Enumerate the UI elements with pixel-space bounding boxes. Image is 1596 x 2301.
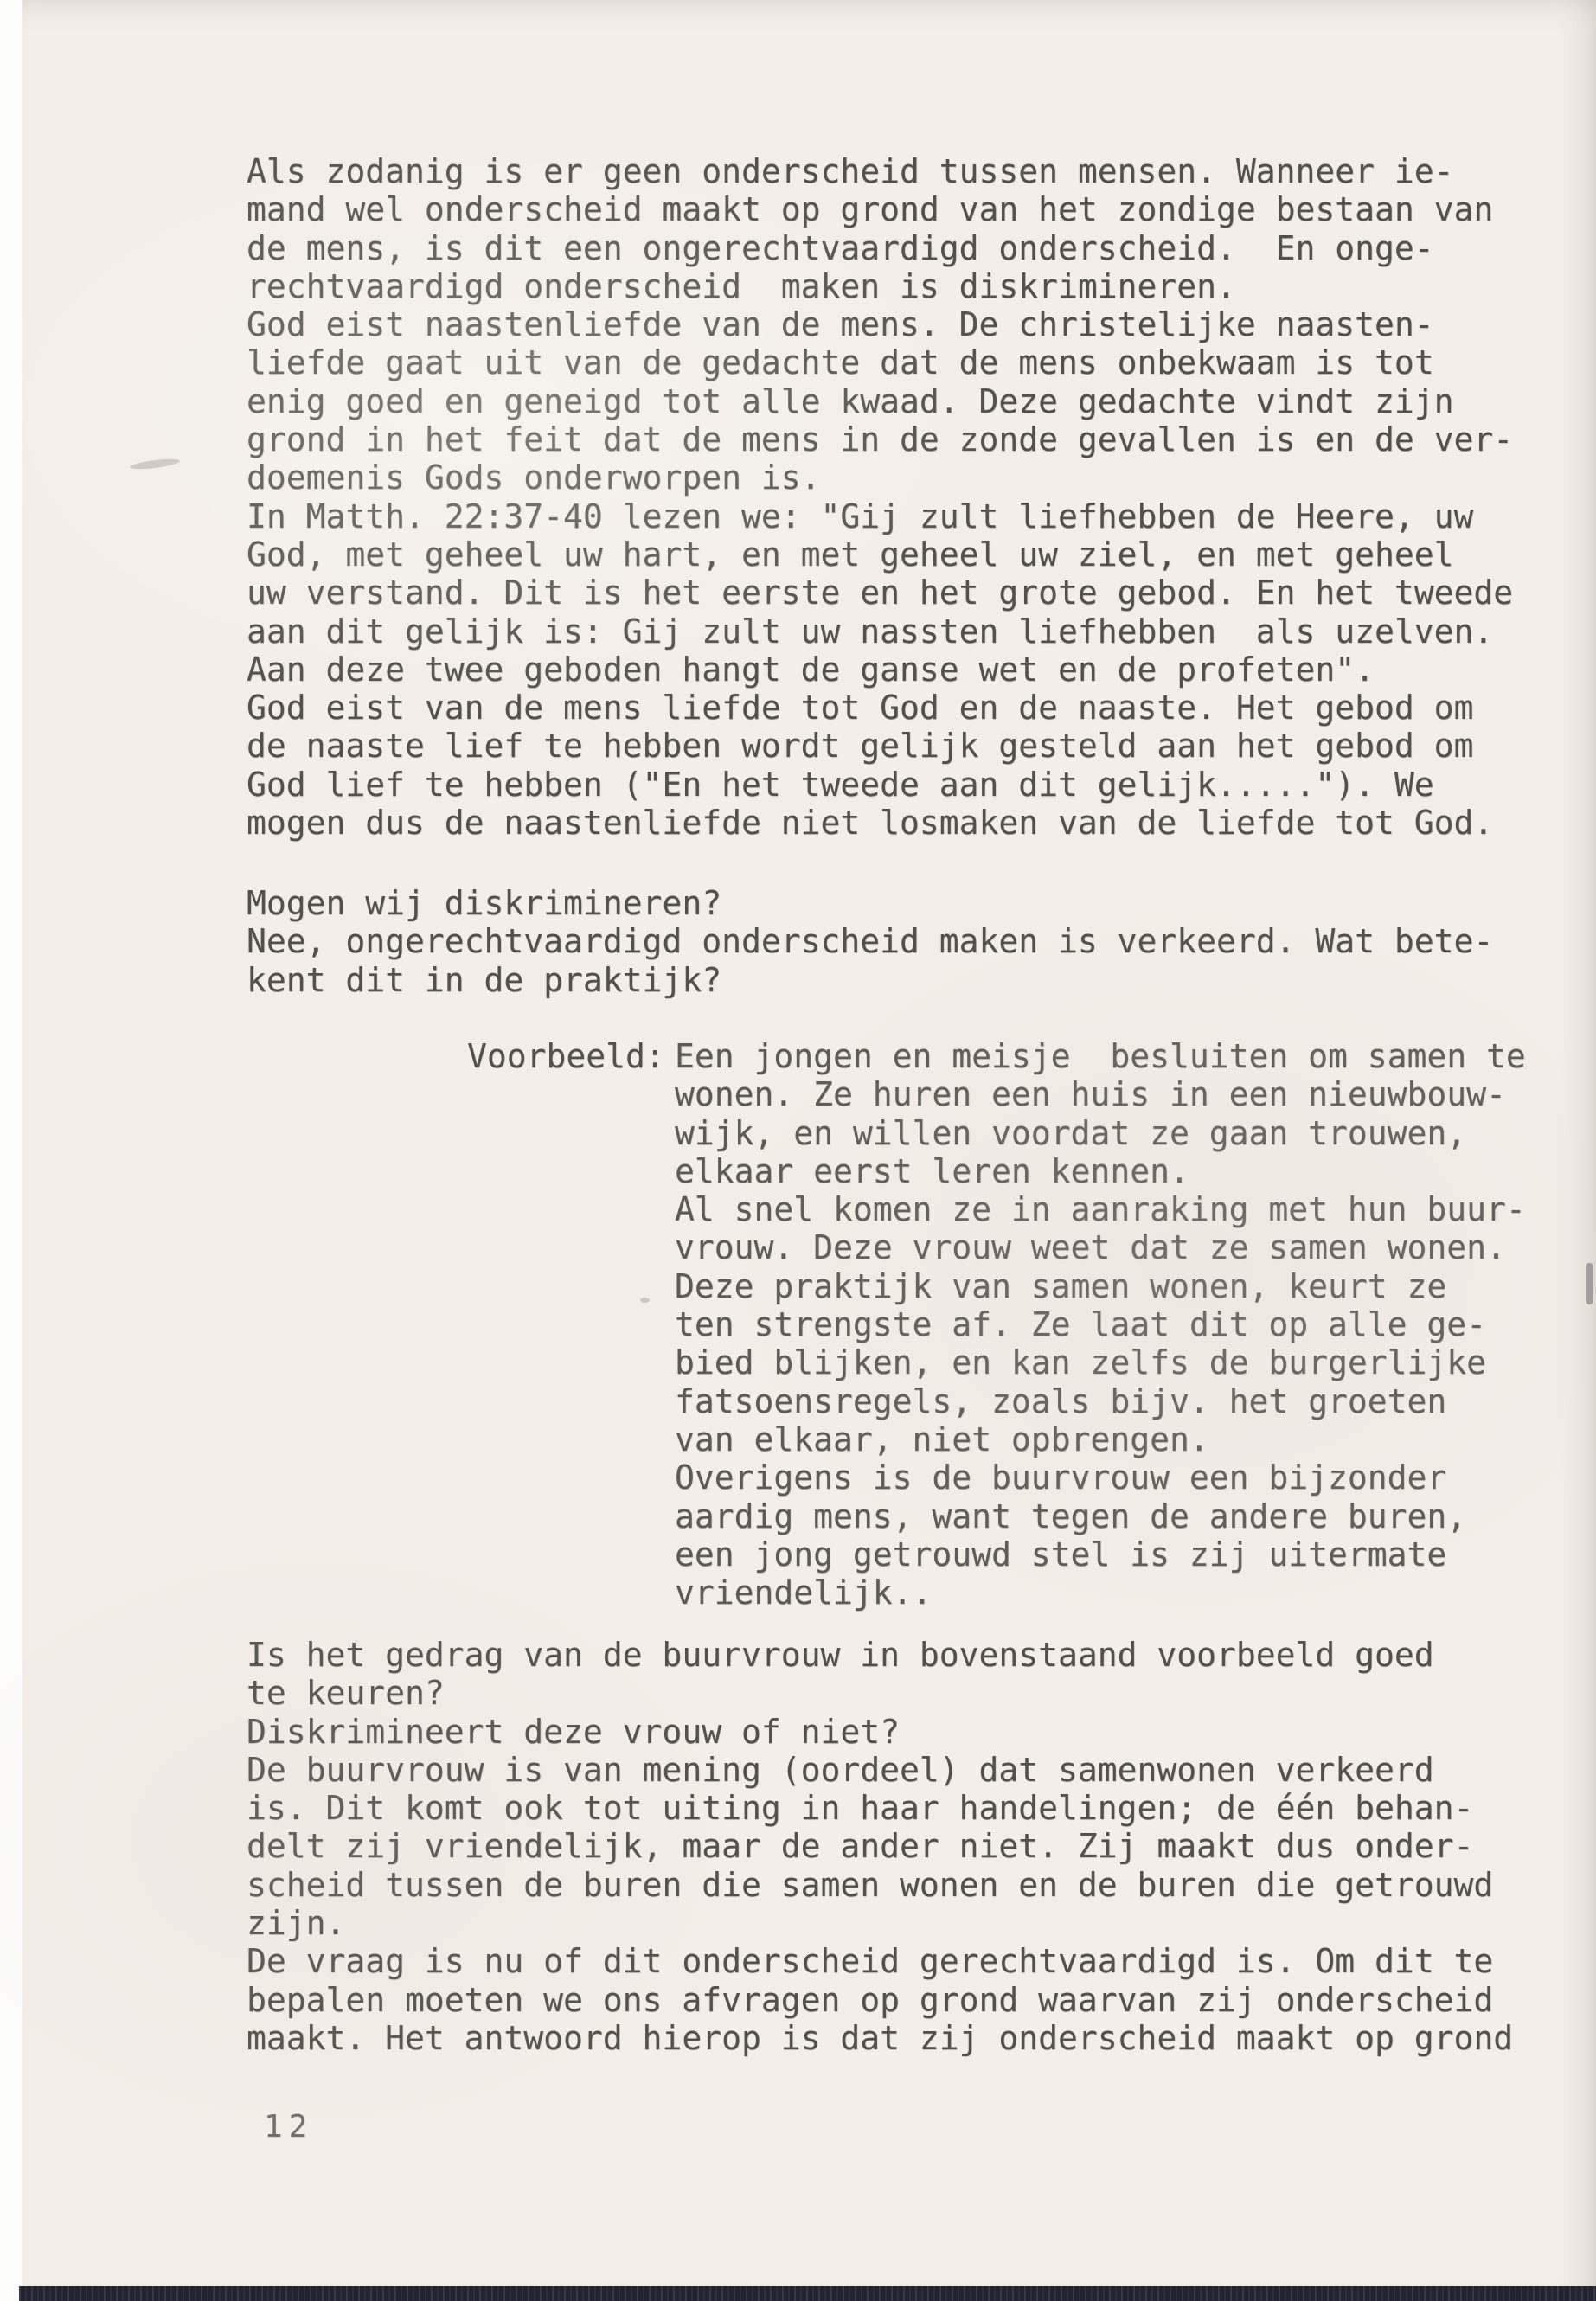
text-line: ten strengste af. Ze laat dit op alle ge… <box>675 1305 1526 1343</box>
text-line: maakt. Het antwoord hierop is dat zij on… <box>247 2019 1513 2057</box>
text-line: van elkaar, niet opbrengen. <box>675 1420 1526 1458</box>
text-line: Is het gedrag van de buurvrouw in bovens… <box>247 1636 1513 1674</box>
text-line: vriendelijk.. <box>675 1574 1526 1612</box>
text-line: Als zodanig is er geen onderscheid tusse… <box>247 152 1513 190</box>
paragraph-question: Mogen wij diskrimineren?Nee, ongerechtva… <box>247 884 1493 999</box>
scan-smudge-right <box>1586 1263 1593 1304</box>
page-number: 12 <box>264 2109 313 2144</box>
text-line: scheid tussen de buren die samen wonen e… <box>247 1866 1513 1904</box>
text-line: aan dit gelijk is: Gij zult uw nassten l… <box>247 612 1513 651</box>
text-line: doemenis Gods onderworpen is. <box>247 458 1513 497</box>
text-line: Deze praktijk van samen wonen, keurt ze <box>675 1267 1526 1305</box>
text-line: God, met geheel uw hart, en met geheel u… <box>247 535 1513 574</box>
text-line: grond in het feit dat de mens in de zond… <box>247 420 1513 458</box>
scan-left-edge <box>0 0 22 2301</box>
text-line: bepalen moeten we ons afvragen op grond … <box>247 1981 1513 2019</box>
text-line: kent dit in de praktijk? <box>247 961 1493 999</box>
text-line: fatsoensregels, zoals bijv. het groeten <box>675 1382 1526 1420</box>
text-line: bied blijken, en kan zelfs de burgerlijk… <box>675 1343 1526 1381</box>
text-line: Overigens is de buurvrouw een bijzonder <box>675 1458 1526 1497</box>
text-line: de naaste lief te hebben wordt gelijk ge… <box>247 727 1513 765</box>
text-line: Aan deze twee geboden hangt de ganse wet… <box>247 651 1513 689</box>
text-line: Mogen wij diskrimineren? <box>247 884 1493 922</box>
text-line: elkaar eerst leren kennen. <box>675 1152 1526 1190</box>
text-line: Een jongen en meisje besluiten om samen … <box>675 1037 1526 1075</box>
scan-bottom-edge <box>19 2286 1596 2301</box>
text-line: te keuren? <box>247 1674 1513 1712</box>
text-line: is. Dit komt ook tot uiting in haar hand… <box>247 1789 1513 1827</box>
text-line: enig goed en geneigd tot alle kwaad. Dez… <box>247 382 1513 420</box>
text-line: aardig mens, want tegen de andere buren, <box>675 1497 1526 1535</box>
text-line: De vraag is nu of dit onderscheid gerech… <box>247 1942 1513 1980</box>
example-block: Een jongen en meisje besluiten om samen … <box>675 1037 1526 1612</box>
text-line: wonen. Ze huren een huis in een nieuwbou… <box>675 1075 1526 1113</box>
text-line: De buurvrouw is van mening (oordeel) dat… <box>247 1751 1513 1789</box>
text-line: vrouw. Deze vrouw weet dat ze samen wone… <box>675 1228 1526 1266</box>
text-line: de mens, is dit een ongerechtvaardigd on… <box>247 229 1513 267</box>
text-line: uw verstand. Dit is het eerste en het gr… <box>247 574 1513 612</box>
scan-smudge-middle <box>640 1298 650 1303</box>
text-line: mogen dus de naastenliefde niet losmaken… <box>247 804 1513 842</box>
text-line: In Matth. 22:37-40 lezen we: "Gij zult l… <box>247 497 1513 535</box>
text-line: God lief te hebben ("En het tweede aan d… <box>247 766 1513 804</box>
text-line: zijn. <box>247 1904 1513 1942</box>
text-line: delt zij vriendelijk, maar de ander niet… <box>247 1827 1513 1865</box>
text-line: God eist van de mens liefde tot God en d… <box>247 689 1513 727</box>
text-line: Diskrimineert deze vrouw of niet? <box>247 1713 1513 1751</box>
text-line: Al snel komen ze in aanraking met hun bu… <box>675 1190 1526 1228</box>
paragraph-discrimination: Als zodanig is er geen onderscheid tusse… <box>247 152 1513 842</box>
text-line: God eist naastenliefde van de mens. De c… <box>247 305 1513 343</box>
text-line: liefde gaat uit van de gedachte dat de m… <box>247 343 1513 381</box>
text-line: mand wel onderscheid maakt op grond van … <box>247 190 1513 228</box>
text-line: rechtvaardigd onderscheid maken is diskr… <box>247 267 1513 305</box>
text-line: wijk, en willen voordat ze gaan trouwen, <box>675 1114 1526 1152</box>
scanned-page: Als zodanig is er geen onderscheid tusse… <box>0 0 1596 2301</box>
text-line: Nee, ongerechtvaardigd onderscheid maken… <box>247 922 1493 960</box>
scan-smudge-left <box>130 457 181 471</box>
example-label: Voorbeeld: <box>467 1037 665 1075</box>
paragraph-analysis: Is het gedrag van de buurvrouw in bovens… <box>247 1636 1513 2057</box>
text-line: een jong getrouwd stel is zij uitermate <box>675 1535 1526 1574</box>
